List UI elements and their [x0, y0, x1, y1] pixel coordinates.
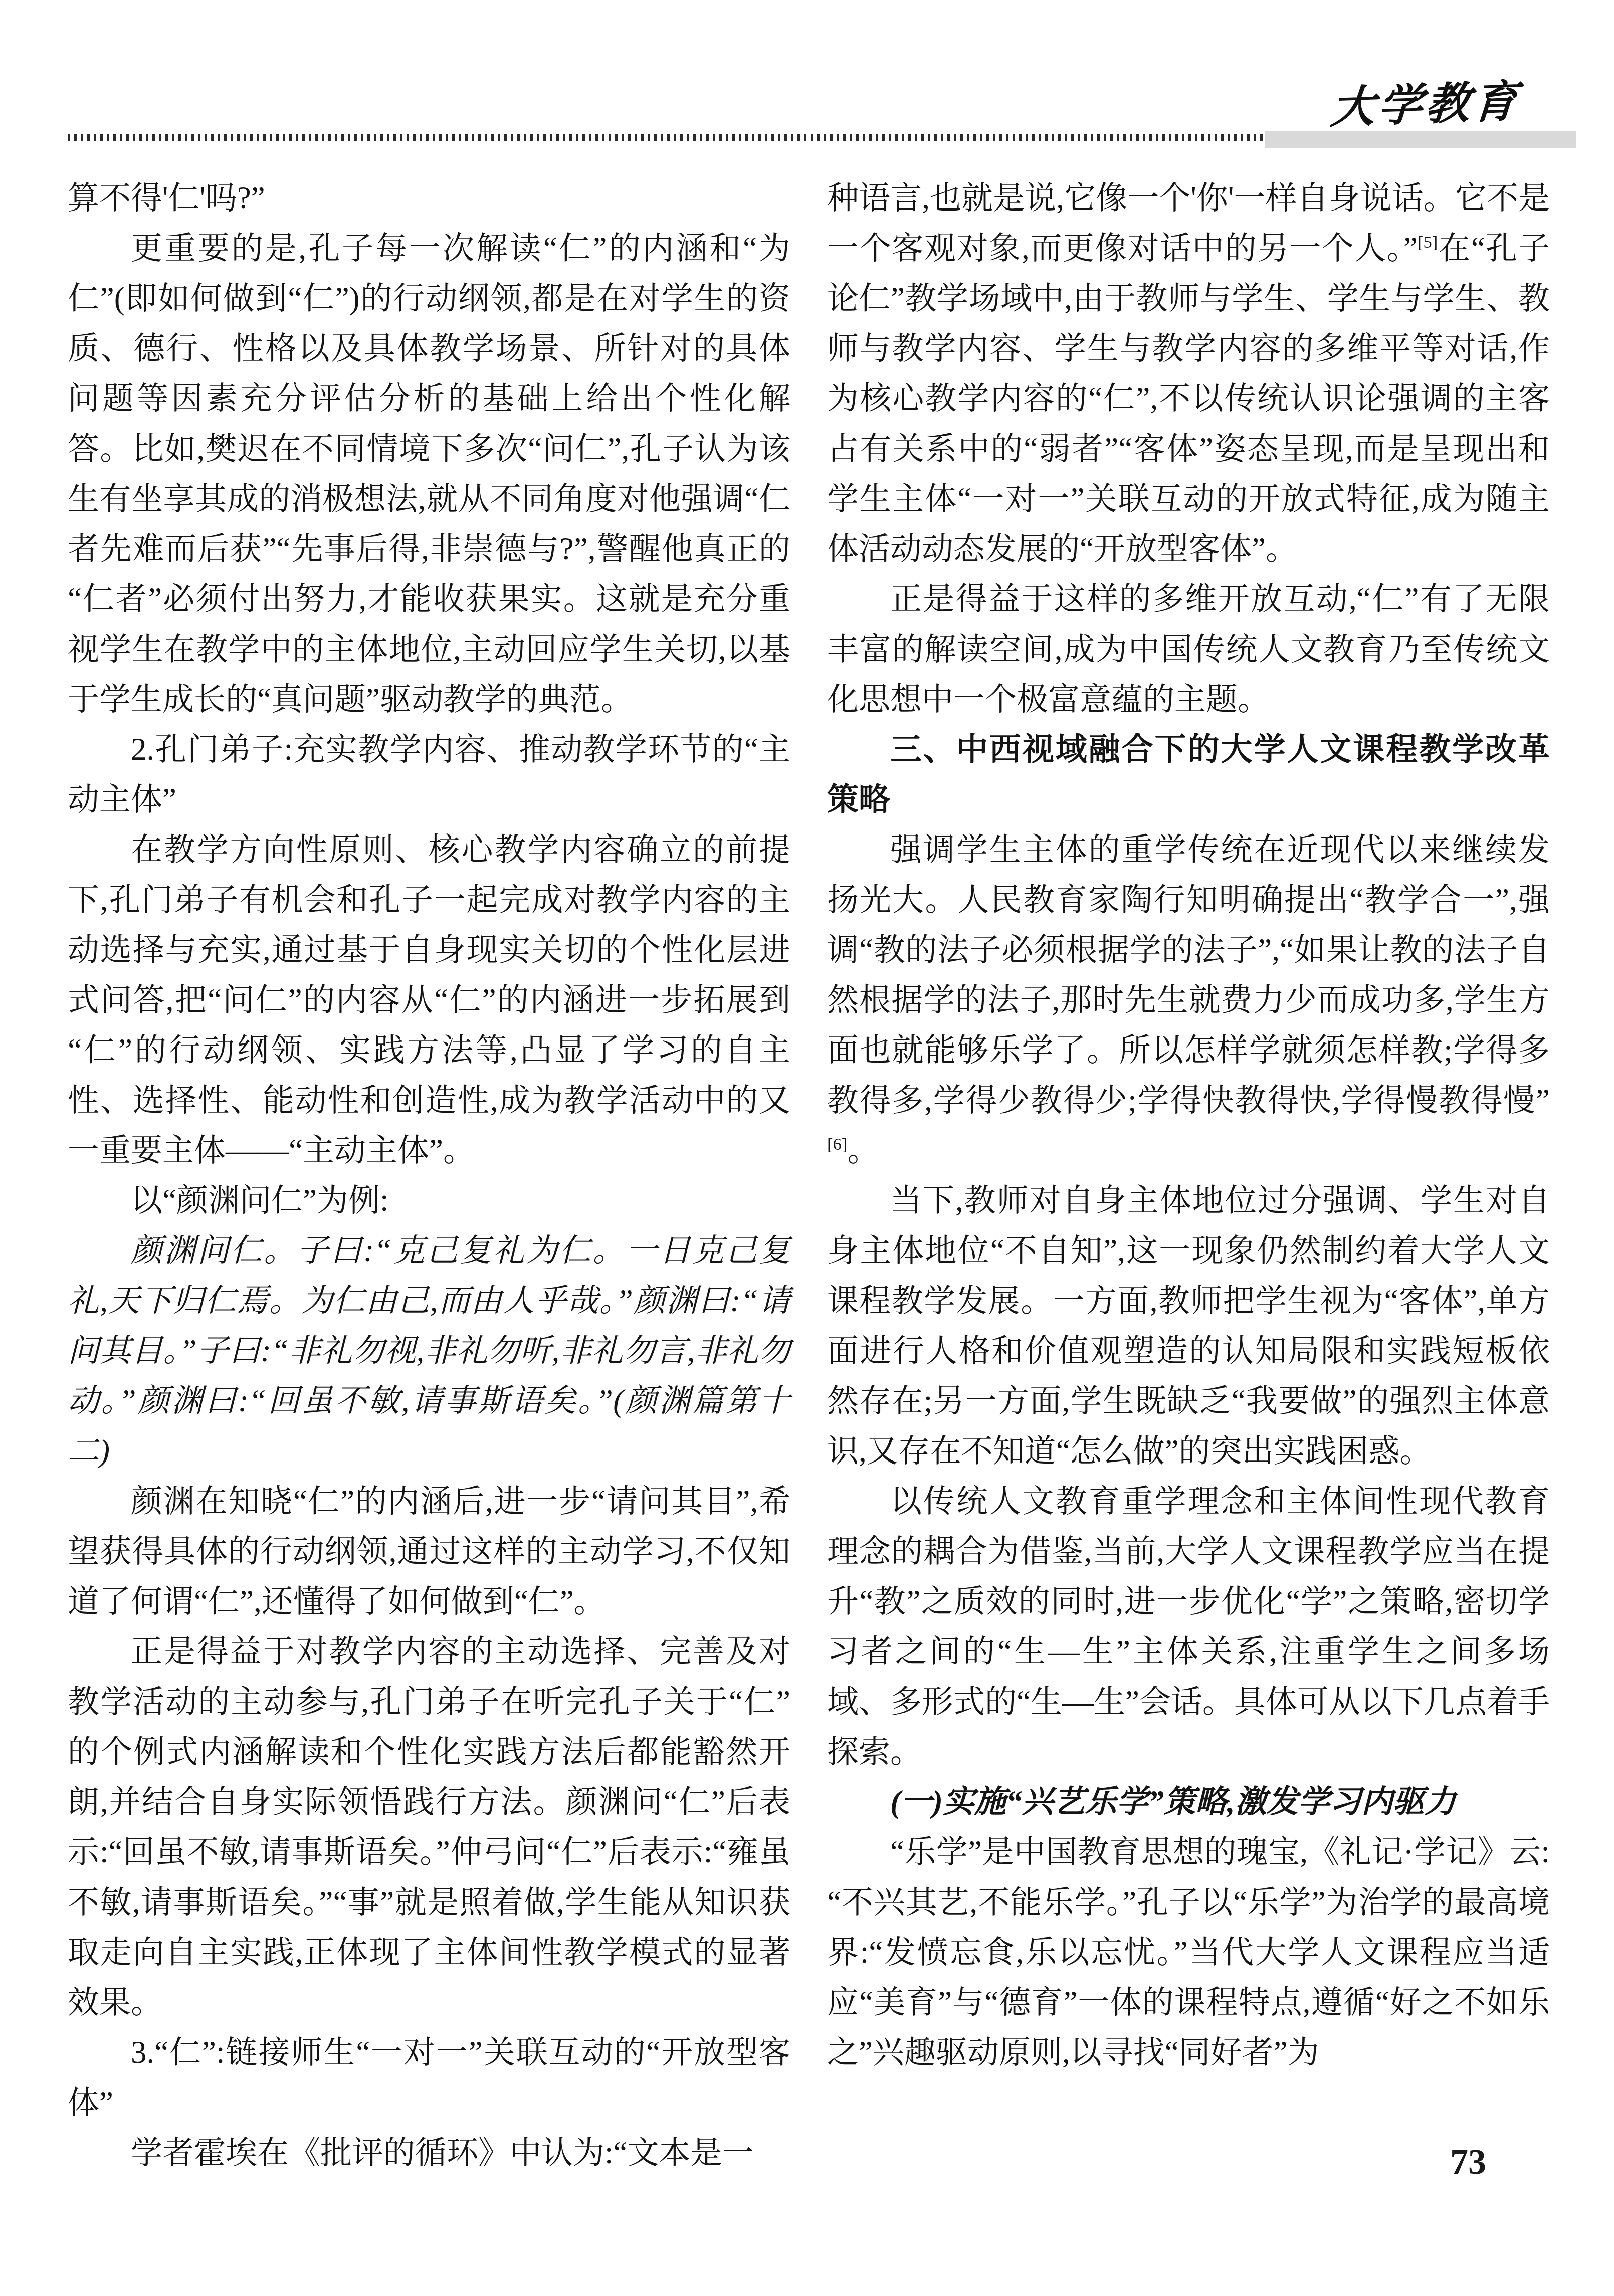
text-run: 在教学方向性原则、核心教学内容确立的前提下,孔门弟子有机会和孔子一起完成对教学内… [68, 832, 790, 1168]
text-run: 当下,教师对自身主体地位过分强调、学生对自身主体地位“不自知”,这一现象仍然制约… [827, 1183, 1550, 1469]
paragraph: 2.孔门弟子:充实教学内容、推动教学环节的“主动主体” [68, 724, 790, 824]
text-run: 颜渊问仁。子曰:“克己复礼为仁。一日克己复礼,天下归仁焉。为仁由己,而由人乎哉。… [68, 1233, 790, 1469]
paragraph: 正是得益于对教学内容的主动选择、完善及对教学活动的主动参与,孔门弟子在听完孔子关… [68, 1626, 790, 2027]
paragraph: 种语言,也就是说,它像一个'你'一样自身说话。它不是一个客观对象,而更像对话中的… [827, 173, 1550, 574]
text-run: 学者霍埃在《批评的循环》中认为:“文本是一 [131, 2135, 753, 2170]
paragraph: 以传统人文教育重学理念和主体间性现代教育理念的耦合为借鉴,当前,大学人文课程教学… [827, 1476, 1550, 1777]
text-run: 2.孔门弟子:充实教学内容、推动教学环节的“主动主体” [68, 732, 790, 817]
left-column: 算不得'仁'吗?”更重要的是,孔子每一次解读“仁”的内涵和“为仁”(即如何做到“… [68, 173, 790, 2178]
text-run: 正是得益于这样的多维开放互动,“仁”有了无限丰富的解读空间,成为中国传统人文教育… [827, 581, 1550, 717]
paragraph: 算不得'仁'吗?” [68, 173, 790, 223]
text-run: 。 [847, 1133, 879, 1168]
text-run: 三、中西视域融合下的大学人文课程教学改革策略 [827, 732, 1550, 817]
text-run: 在“孔子论仁”教学场域中,由于教师与学生、学生与学生、教师与教学内容、学生与教学… [827, 231, 1550, 566]
paragraph: “乐学”是中国教育思想的瑰宝,《礼记·学记》云:“不兴其艺,不能乐学。”孔子以“… [827, 1827, 1550, 2077]
journal-page: 大学教育 算不得'仁'吗?”更重要的是,孔子每一次解读“仁”的内涵和“为仁”(即… [0, 0, 1614, 2296]
text-run: 以传统人文教育重学理念和主体间性现代教育理念的耦合为借鉴,当前,大学人文课程教学… [827, 1484, 1550, 1769]
section-heading: 三、中西视域融合下的大学人文课程教学改革策略 [827, 724, 1550, 824]
paragraph: 当下,教师对自身主体地位过分强调、学生对自身主体地位“不自知”,这一现象仍然制约… [827, 1175, 1550, 1476]
footnote-ref: [6] [827, 1135, 847, 1154]
paragraph: 学者霍埃在《批评的循环》中认为:“文本是一 [68, 2128, 790, 2178]
subsection-heading: (一)实施“兴艺乐学”策略,激发学习内驱力 [827, 1777, 1550, 1827]
header-dotted-rule [68, 134, 1266, 141]
text-run: 强调学生主体的重学传统在近现代以来继续发扬光大。人民教育家陶行知明确提出“教学合… [827, 832, 1550, 1118]
paragraph: 在教学方向性原则、核心教学内容确立的前提下,孔门弟子有机会和孔子一起完成对教学内… [68, 824, 790, 1175]
page-number: 73 [1450, 2141, 1486, 2183]
paragraph: 颜渊在知晓“仁”的内涵后,进一步“请问其目”,希望获得具体的行动纲领,通过这样的… [68, 1476, 790, 1626]
paragraph: 3.“仁”:链接师生“一对一”关联互动的“开放型客体” [68, 2027, 790, 2128]
text-run: 以“颜渊问仁”为例: [131, 1183, 388, 1218]
footnote-ref: [5] [1418, 233, 1438, 252]
text-run: 更重要的是,孔子每一次解读“仁”的内涵和“为仁”(即如何做到“仁”)的行动纲领,… [68, 231, 790, 717]
paragraph: 以“颜渊问仁”为例: [68, 1175, 790, 1225]
text-run: 正是得益于对教学内容的主动选择、完善及对教学活动的主动参与,孔门弟子在听完孔子关… [68, 1634, 790, 2020]
paragraph: 更重要的是,孔子每一次解读“仁”的内涵和“为仁”(即如何做到“仁”)的行动纲领,… [68, 223, 790, 724]
paragraph: 正是得益于这样的多维开放互动,“仁”有了无限丰富的解读空间,成为中国传统人文教育… [827, 574, 1550, 724]
right-column: 种语言,也就是说,它像一个'你'一样自身说话。它不是一个客观对象,而更像对话中的… [827, 173, 1550, 2077]
text-run: 算不得'仁'吗?” [68, 180, 265, 216]
text-run: (一)实施“兴艺乐学”策略,激发学习内驱力 [890, 1784, 1456, 1819]
paragraph: 强调学生主体的重学传统在近现代以来继续发扬光大。人民教育家陶行知明确提出“教学合… [827, 824, 1550, 1175]
text-run: 颜渊在知晓“仁”的内涵后,进一步“请问其目”,希望获得具体的行动纲领,通过这样的… [68, 1484, 790, 1619]
text-run: “乐学”是中国教育思想的瑰宝,《礼记·学记》云:“不兴其艺,不能乐学。”孔子以“… [827, 1834, 1550, 2070]
journal-logo: 大学教育 [1328, 74, 1544, 147]
quoted-passage: 颜渊问仁。子曰:“克己复礼为仁。一日克己复礼,天下归仁焉。为仁由己,而由人乎哉。… [68, 1225, 790, 1476]
text-run: 3.“仁”:链接师生“一对一”关联互动的“开放型客体” [68, 2035, 790, 2120]
